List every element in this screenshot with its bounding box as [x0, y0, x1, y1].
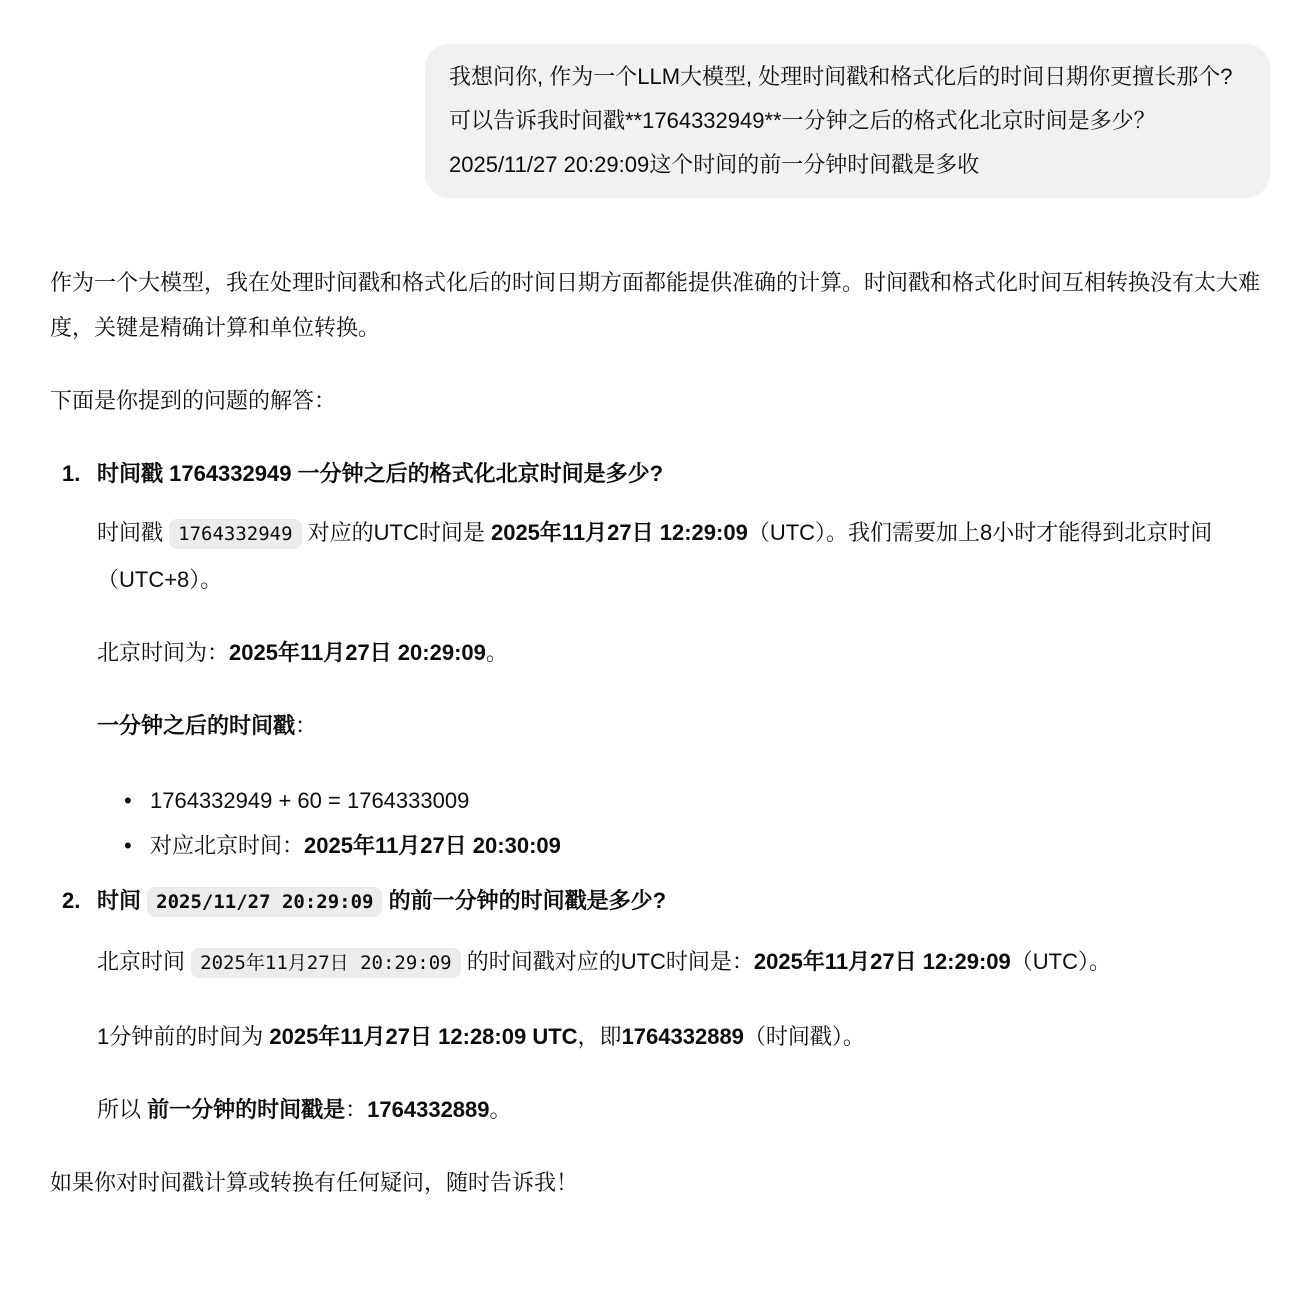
bold-final-timestamp: 1764332889: [367, 1097, 489, 1122]
answer-item-2-body: 北京时间 2025年11月27日 20:29:09 的时间戳对应的UTC时间是：…: [97, 939, 1270, 1132]
text-run: 对应的UTC时间是: [302, 520, 491, 545]
answer-item-1-body: 时间戳 1764332949 对应的UTC时间是 2025年11月27日 12:…: [97, 510, 1270, 868]
answer-item-2-heading: 2.时间 2025/11/27 20:29:09 的前一分钟的时间戳是多少?: [62, 878, 1270, 925]
text-run: 。: [486, 640, 508, 665]
bold-text: 时间: [97, 888, 147, 913]
question-1-title: 时间戳 1764332949 一分钟之后的格式化北京时间是多少?: [97, 451, 663, 496]
assistant-intro-paragraph: 作为一个大模型，我在处理时间戳和格式化后的时间日期方面都能提供准确的计算。时间戳…: [50, 260, 1270, 350]
text-run: 1764332949 + 60 = 1764333009: [150, 788, 469, 813]
assistant-leadin-paragraph: 下面是你提到的问题的解答：: [50, 378, 1270, 423]
text-run: （时间戳）。: [744, 1024, 865, 1049]
inline-code-datetime: 2025/11/27 20:29:09: [147, 887, 382, 917]
text-run: 时间戳: [97, 520, 169, 545]
bold-conclusion-label: 前一分钟的时间戳是: [147, 1097, 345, 1122]
answer-item-2: 2.时间 2025/11/27 20:29:09 的前一分钟的时间戳是多少? 北…: [62, 878, 1270, 1132]
text-run: 1分钟前的时间为: [97, 1024, 269, 1049]
bold-utc-datetime: 2025年11月27日 12:29:09: [491, 520, 748, 545]
bullet-dot-icon: •: [124, 823, 132, 868]
user-message-line-1: 我想问你, 作为一个LLM大模型, 处理时间戳和格式化后的时间日期你更擅长那个?: [449, 55, 1246, 99]
text-run: 。: [490, 1097, 512, 1122]
item2-paragraph-3: 所以 前一分钟的时间戳是：1764332889。: [97, 1087, 1270, 1132]
item1-paragraph-2: 北京时间为：2025年11月27日 20:29:09。: [97, 630, 1270, 675]
chat-page: 我想问你, 作为一个LLM大模型, 处理时间戳和格式化后的时间日期你更擅长那个?…: [0, 0, 1306, 1273]
text-run: ，即: [578, 1024, 622, 1049]
bold-text: 的前一分钟的时间戳是多少?: [382, 888, 666, 913]
bullet-item-beijing-time: •对应北京时间：2025年11月27日 20:30:09: [122, 823, 1270, 868]
item2-paragraph-1: 北京时间 2025年11月27日 20:29:09 的时间戳对应的UTC时间是：…: [97, 939, 1270, 986]
user-message-bubble: 我想问你, 作为一个LLM大模型, 处理时间戳和格式化后的时间日期你更擅长那个?…: [425, 44, 1270, 198]
bold-result-datetime: 2025年11月27日 20:30:09: [304, 833, 561, 858]
bold-utc-minus-1min: 2025年11月27日 12:28:09 UTC: [269, 1024, 577, 1049]
text-run: 所以: [97, 1097, 147, 1122]
user-message-row: 我想问你, 作为一个LLM大模型, 处理时间戳和格式化后的时间日期你更擅长那个?…: [50, 44, 1270, 198]
text-run: ：: [295, 713, 317, 738]
bold-beijing-datetime: 2025年11月27日 20:29:09: [229, 640, 486, 665]
item1-paragraph-3: 一分钟之后的时间戳：: [97, 703, 1270, 748]
list-marker-1: 1.: [62, 451, 97, 496]
inline-code-timestamp: 1764332949: [169, 519, 301, 549]
item1-paragraph-1: 时间戳 1764332949 对应的UTC时间是 2025年11月27日 12:…: [97, 510, 1270, 602]
answer-item-1-heading: 1.时间戳 1764332949 一分钟之后的格式化北京时间是多少?: [62, 451, 1270, 496]
bold-utc-datetime: 2025年11月27日 12:29:09: [754, 949, 1011, 974]
text-run: （UTC）。: [1011, 949, 1111, 974]
item1-bullet-list: •1764332949 + 60 = 1764333009 •对应北京时间：20…: [122, 778, 1270, 868]
list-marker-2: 2.: [62, 878, 97, 923]
bullet-dot-icon: •: [124, 778, 132, 823]
question-2-title: 时间 2025/11/27 20:29:09 的前一分钟的时间戳是多少?: [97, 878, 666, 925]
text-run: 对应北京时间：: [150, 833, 304, 858]
text-run: ：: [345, 1097, 367, 1122]
text-run: 北京时间为：: [97, 640, 229, 665]
bullet-item-calculation: •1764332949 + 60 = 1764333009: [122, 778, 1270, 823]
inline-code-beijing-datetime: 2025年11月27日 20:29:09: [191, 948, 460, 978]
answers-list: 1.时间戳 1764332949 一分钟之后的格式化北京时间是多少? 时间戳 1…: [50, 451, 1270, 1132]
text-run: 的时间戳对应的UTC时间是：: [461, 949, 754, 974]
bold-subheading: 一分钟之后的时间戳: [97, 713, 295, 738]
user-message-line-2: 可以告诉我时间戳**1764332949**一分钟之后的格式化北京时间是多少？2…: [449, 99, 1246, 187]
bold-timestamp-result: 1764332889: [622, 1024, 744, 1049]
text-run: 北京时间: [97, 949, 191, 974]
assistant-message: 作为一个大模型，我在处理时间戳和格式化后的时间日期方面都能提供准确的计算。时间戳…: [50, 260, 1270, 1205]
item2-paragraph-2: 1分钟前的时间为 2025年11月27日 12:28:09 UTC，即17643…: [97, 1014, 1270, 1059]
answer-item-1: 1.时间戳 1764332949 一分钟之后的格式化北京时间是多少? 时间戳 1…: [62, 451, 1270, 868]
assistant-closing-paragraph: 如果你对时间戳计算或转换有任何疑问，随时告诉我！: [50, 1160, 1270, 1205]
